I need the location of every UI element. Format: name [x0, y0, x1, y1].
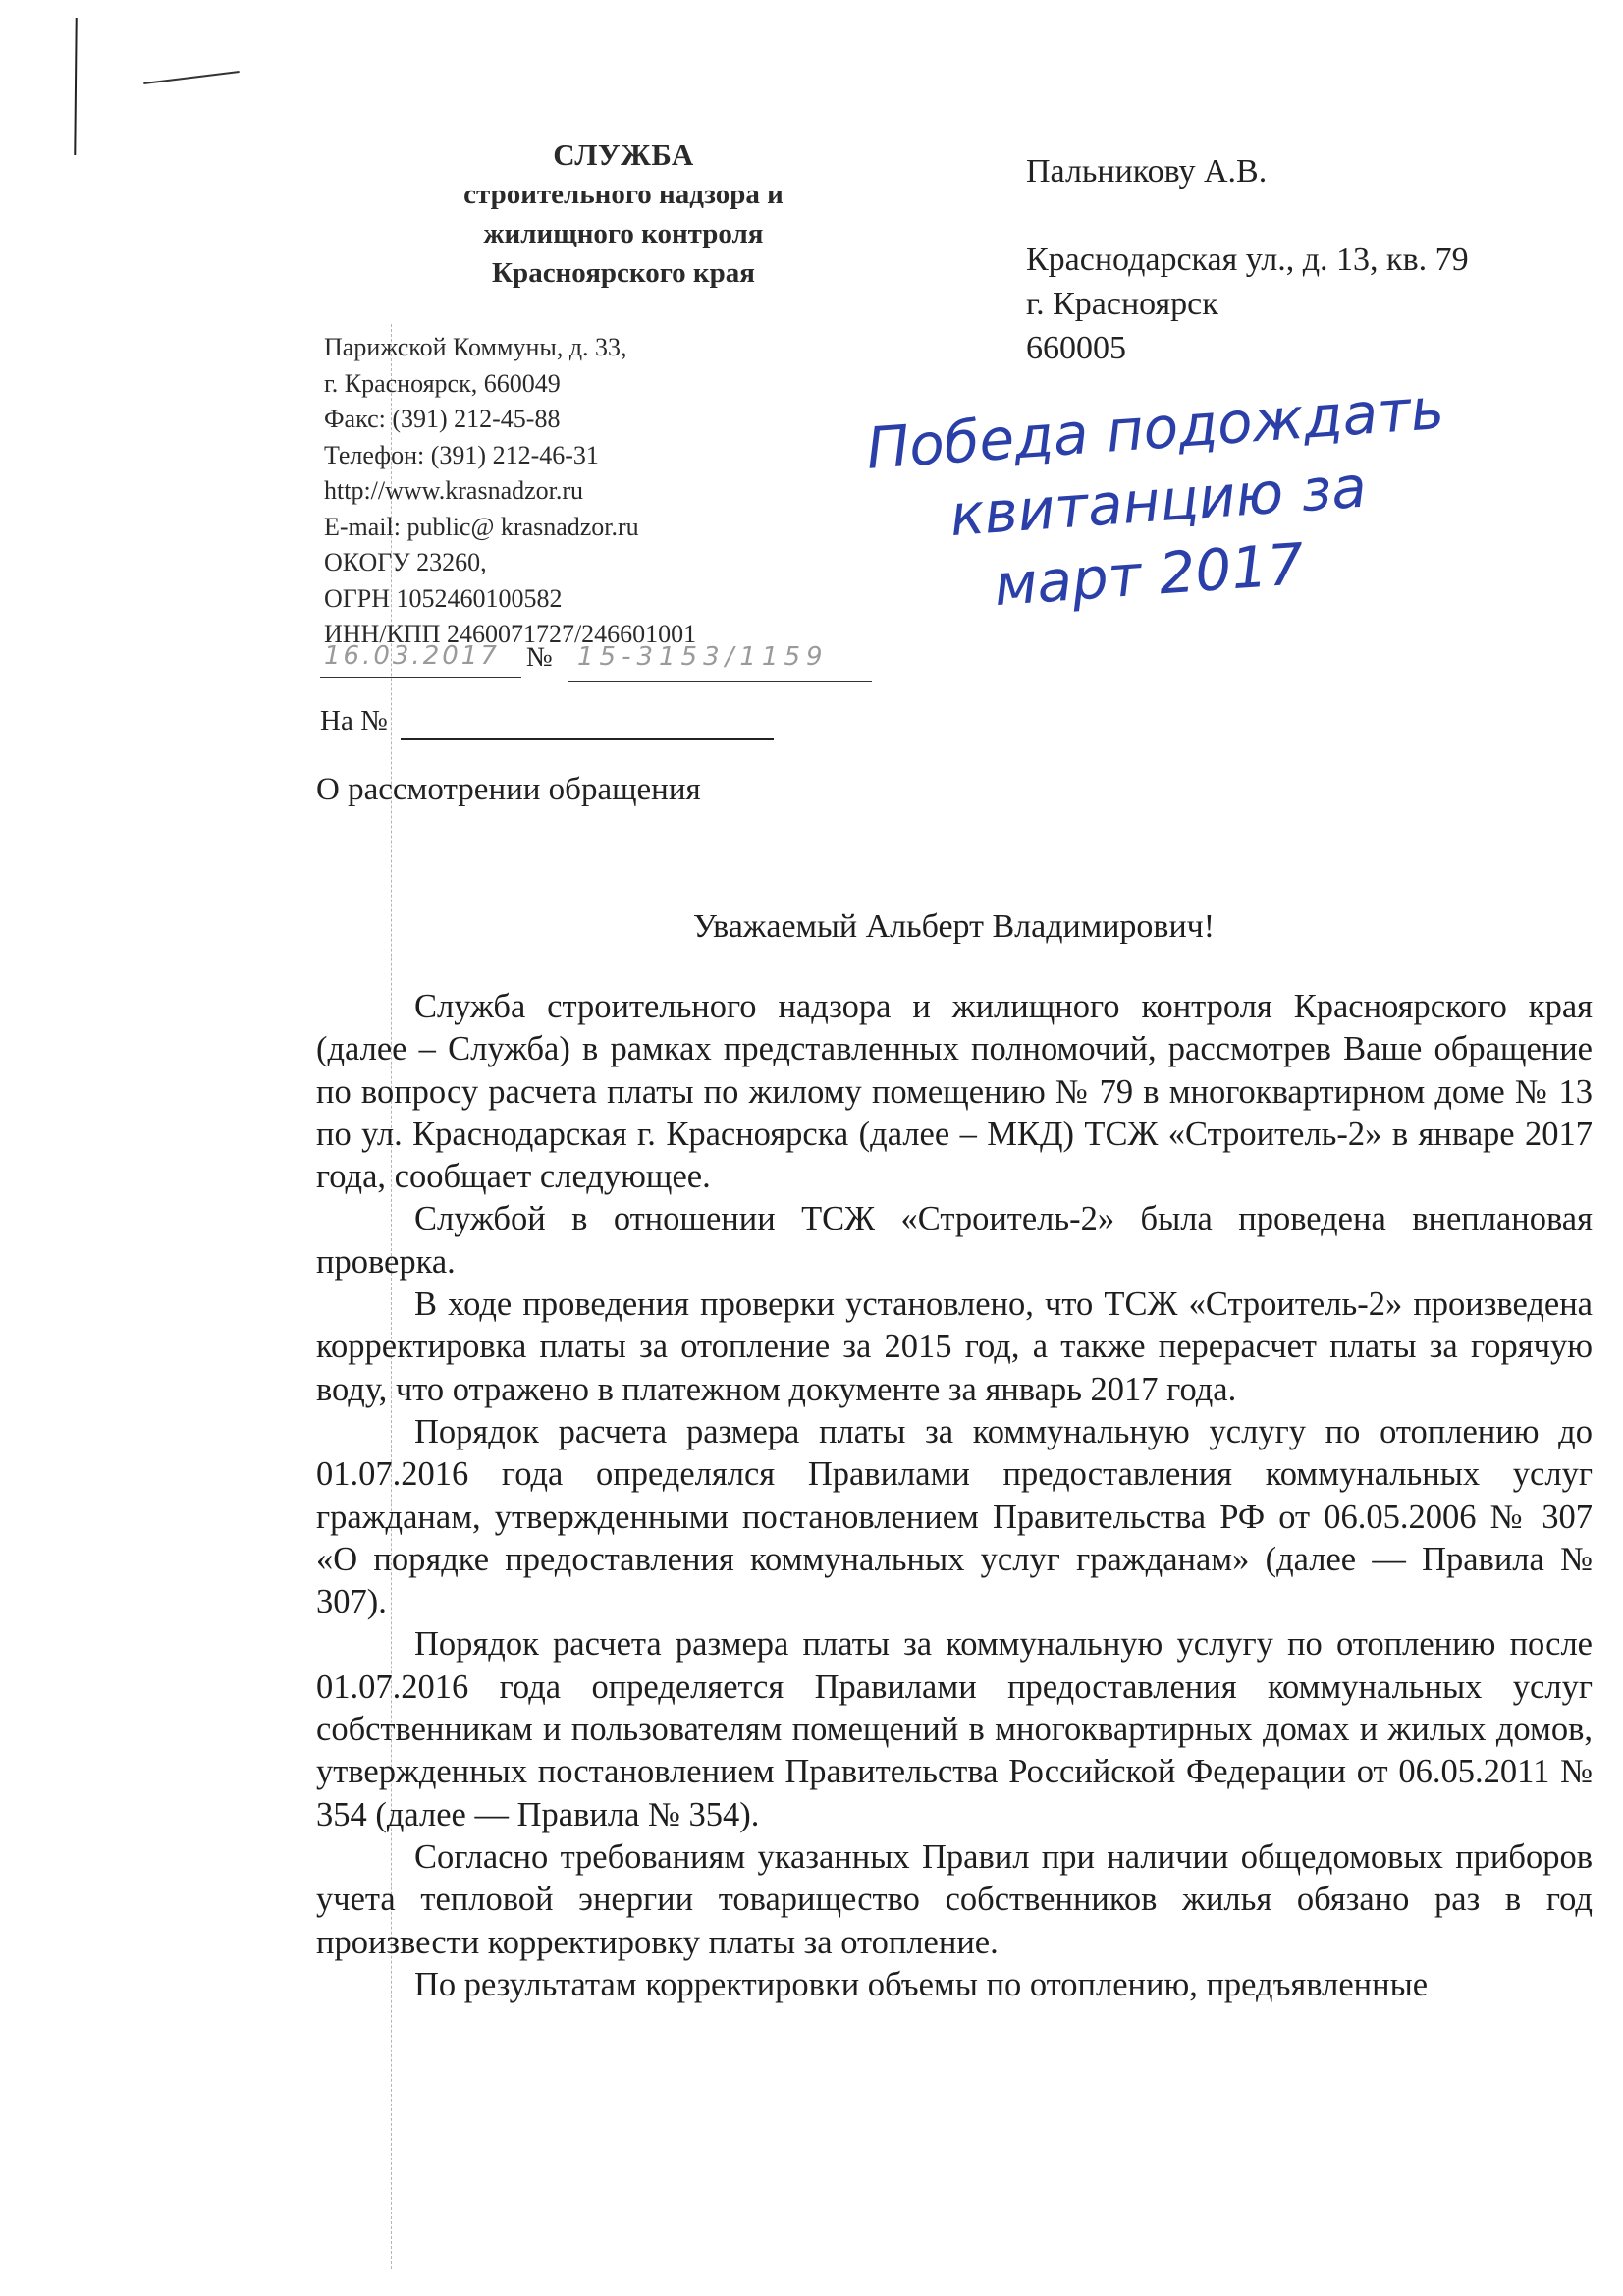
registration-line: 16.03.2017 № 15-3153/1159 [320, 638, 909, 682]
recipient-street: Краснодарская ул., д. 13, кв. 79 [1026, 238, 1469, 282]
sender-org-header: СЛУЖБА строительного надзора и жилищного… [393, 136, 854, 293]
sender-email: E-mail: public@ krasnadzor.ru [324, 510, 696, 546]
registration-number-label: № [526, 642, 553, 674]
paragraph-5: Порядок расчета размера платы за коммуна… [316, 1623, 1593, 1835]
paragraph-6: Согласно требованиям указанных Правил пр… [316, 1836, 1593, 1964]
reference-blank [401, 738, 774, 740]
sender-phone: Телефон: (391) 212-46-31 [324, 438, 696, 474]
org-name-line-3: Красноярского края [393, 253, 854, 293]
recipient-postcode: 660005 [1026, 326, 1469, 370]
salutation: Уважаемый Альберт Владимирович! [0, 908, 1623, 946]
reference-line: На № [320, 699, 831, 742]
sender-address-block: Парижской Коммуны, д. 33, г. Красноярск,… [324, 330, 696, 653]
registration-number: 15-3153/1159 [568, 638, 872, 682]
reference-label: На № [320, 705, 388, 738]
sender-ogrn: ОГРН 1052460100582 [324, 581, 696, 618]
recipient-name: Пальникову А.В. [1026, 149, 1469, 193]
sender-street: Парижской Коммуны, д. 33, [324, 330, 696, 366]
registration-date: 16.03.2017 [320, 638, 521, 678]
paragraph-7: По результатам корректировки объемы по о… [316, 1964, 1593, 2006]
scan-mark-vertical [74, 18, 77, 155]
org-name-line-2: жилищного контроля [393, 214, 854, 253]
org-name-line-1: строительного надзора и [393, 175, 854, 214]
letter-body: Служба строительного надзора и жилищного… [316, 986, 1593, 2006]
paragraph-3: В ходе проведения проверки установлено, … [316, 1284, 1593, 1411]
org-title: СЛУЖБА [393, 136, 854, 175]
sender-fax: Факс: (391) 212-45-88 [324, 402, 696, 438]
paragraph-4: Порядок расчета размера платы за коммуна… [316, 1411, 1593, 1623]
sender-okogu: ОКОГУ 23260, [324, 545, 696, 581]
paragraph-2: Службой в отношении ТСЖ «Строитель-2» бы… [316, 1198, 1593, 1284]
recipient-block: Пальникову А.В. Краснодарская ул., д. 13… [1026, 149, 1469, 370]
recipient-city: г. Красноярск [1026, 282, 1469, 326]
sender-city: г. Красноярск, 660049 [324, 366, 696, 403]
handwritten-note: Победа подождать квитанцию за март 2017 [864, 371, 1467, 629]
sender-website: http://www.krasnadzor.ru [324, 473, 696, 510]
letter-subject: О рассмотрении обращения [316, 772, 701, 808]
scan-mark-horizontal [143, 71, 240, 84]
paragraph-1: Служба строительного надзора и жилищного… [316, 986, 1593, 1198]
